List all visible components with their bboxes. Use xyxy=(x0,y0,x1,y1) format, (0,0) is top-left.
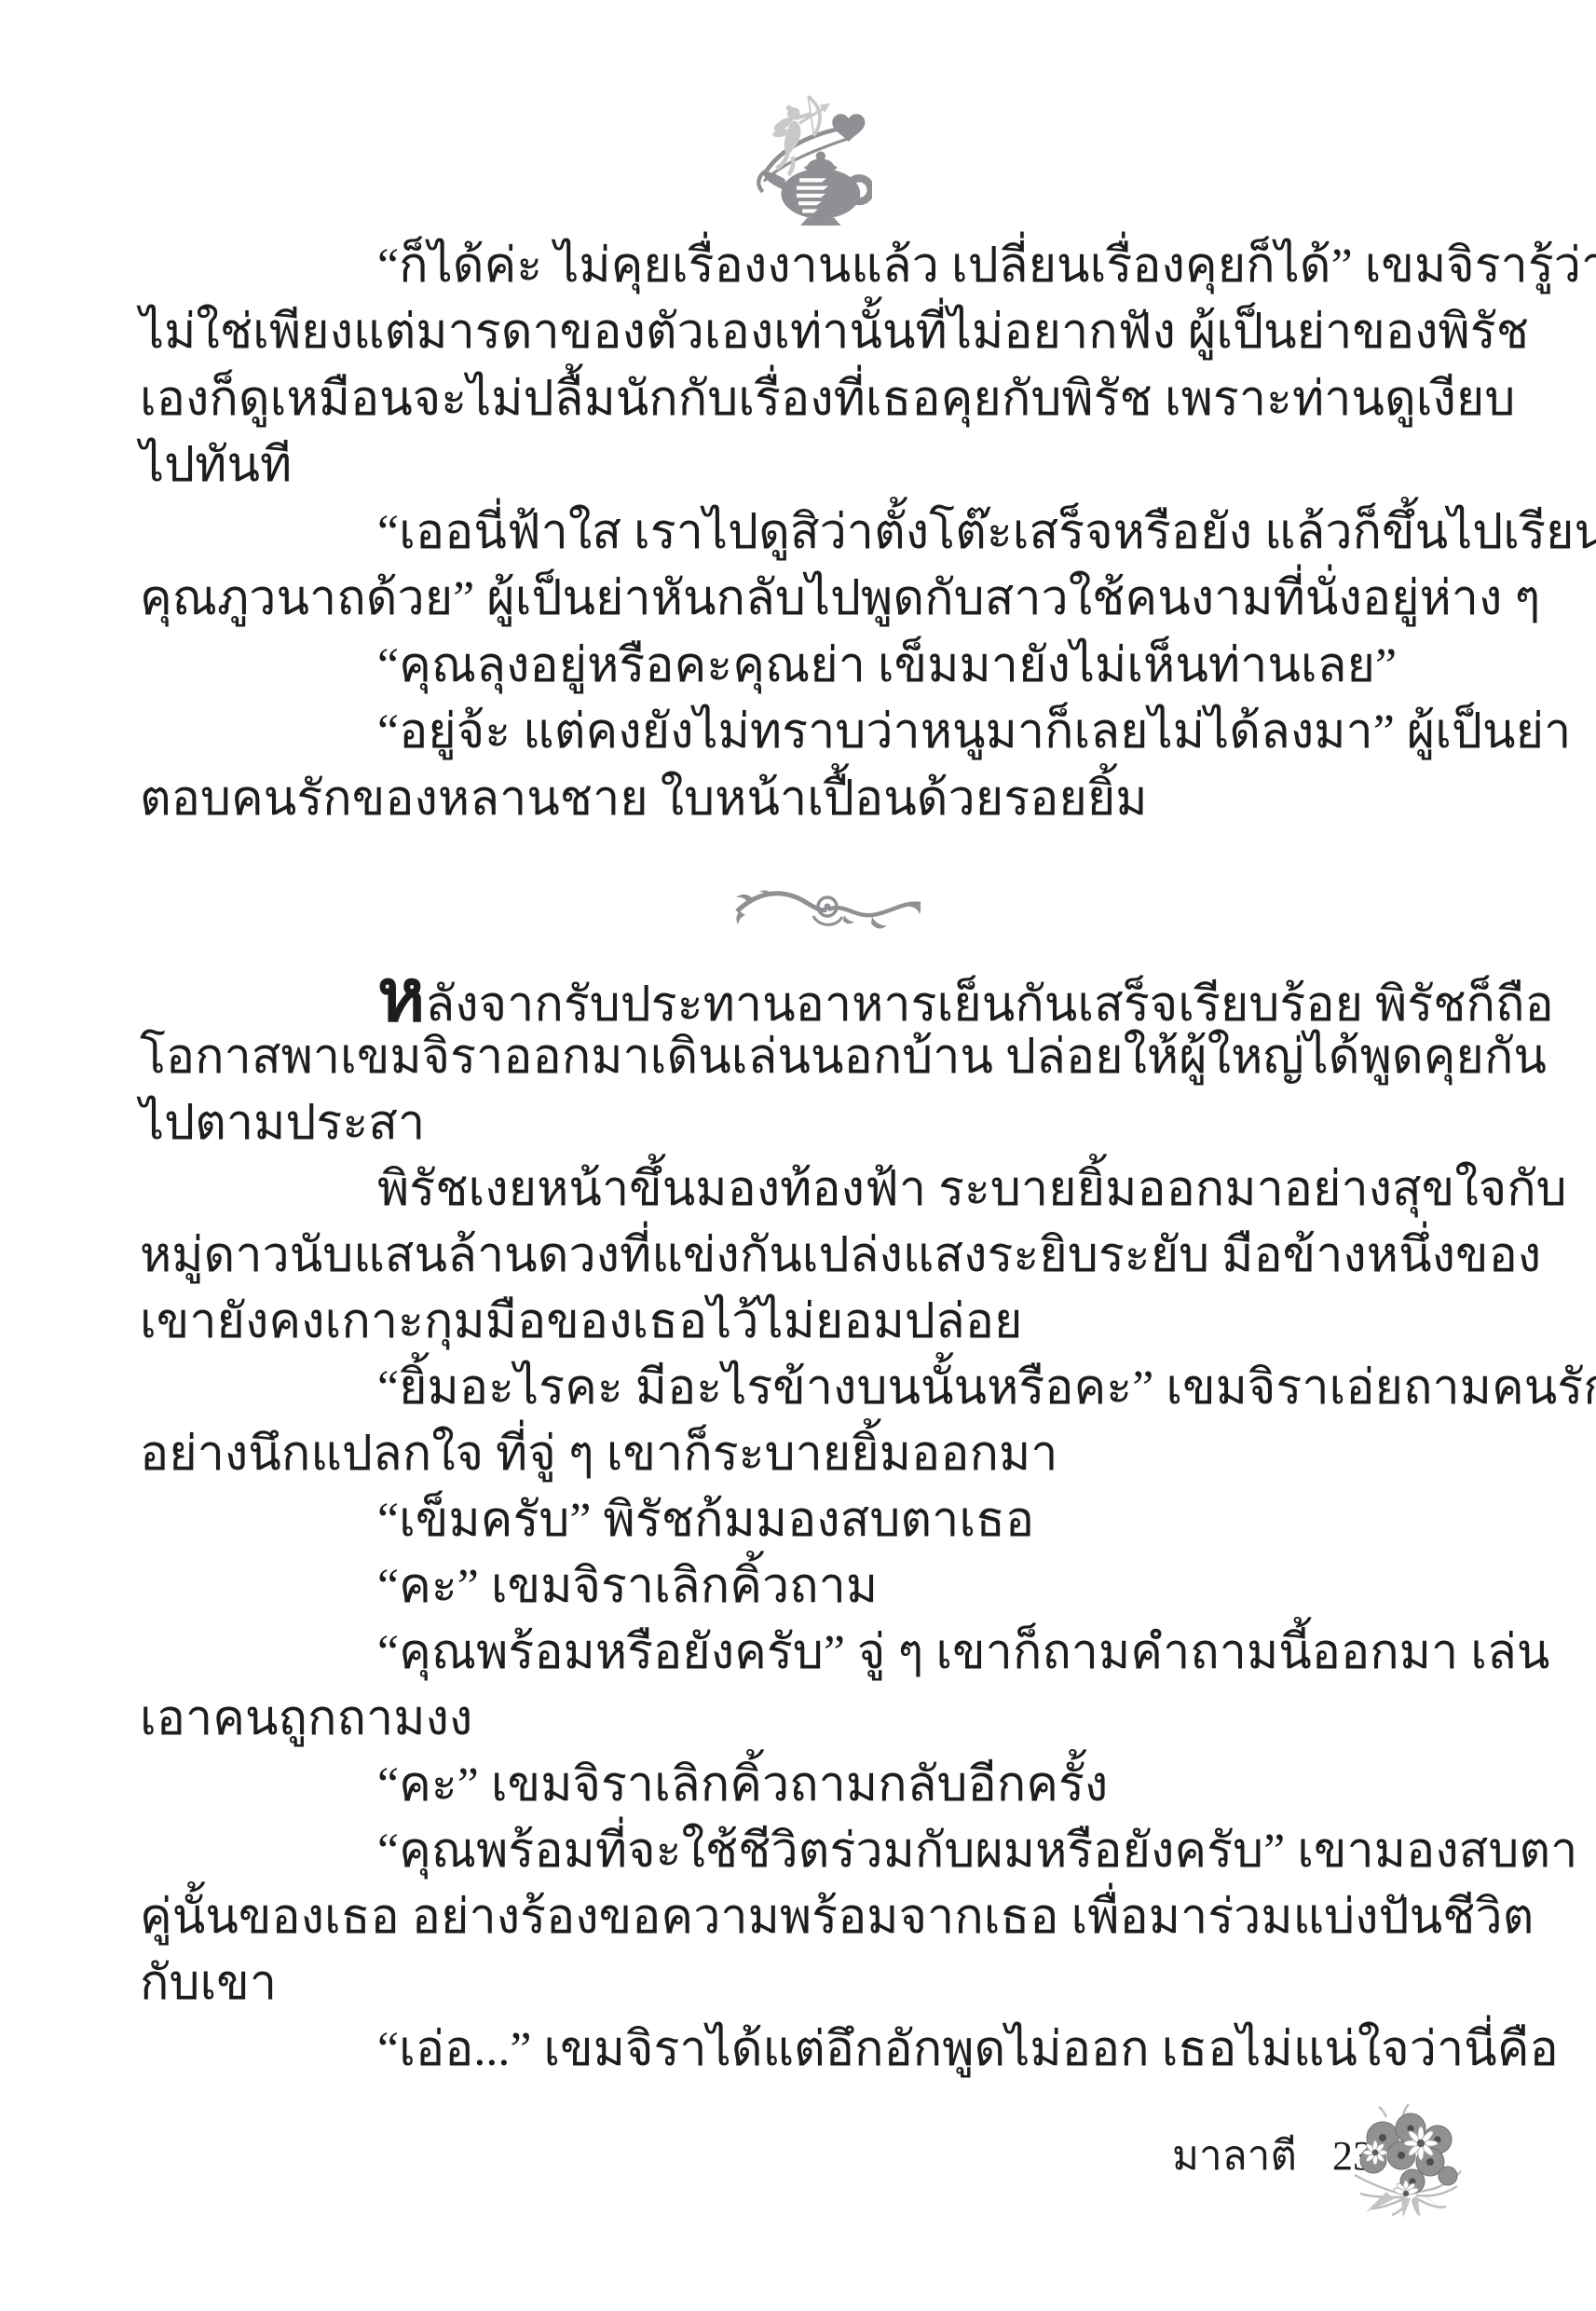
dropcap-letter: ห xyxy=(377,955,425,1036)
text-line: โอกาสพาเขมจิราออกมาเดินเล่นนอกบ้าน ปล่อย… xyxy=(140,1033,1547,1082)
text-line: ตอบคนรักของหลานชาย ใบหน้าเปื้อนด้วยรอยยิ… xyxy=(140,775,1148,824)
swirl-divider-icon xyxy=(732,878,926,932)
text-line: “เออนี่ฟ้าใส เราไปดูสิว่าตั้งโต๊ะเสร็จหร… xyxy=(140,509,1596,557)
text-line: “คะ” เขมจิราเลิกคิ้วถาม xyxy=(140,1563,878,1611)
text-line: หลังจากรับประทานอาหารเย็นกันเสร็จเรียบร้… xyxy=(140,960,1554,1032)
text-line: “คะ” เขมจิราเลิกคิ้วถามกลับอีกครั้ง xyxy=(140,1761,1108,1810)
page-footer: มาลาตี23 xyxy=(1172,2136,1373,2177)
text-line: “อยู่จ้ะ แต่คงยังไม่ทราบว่าหนูมาก็เลยไม่… xyxy=(140,708,1571,757)
text-line: “คุณพร้อมหรือยังครับ” จู่ ๆ เขาก็ถามคำถา… xyxy=(140,1629,1549,1677)
text-line: ไม่ใช่เพียงแต่มารดาของตัวเองเท่านั้นที่ไ… xyxy=(140,308,1529,357)
text-line: เขายังคงเกาะกุมมือของเธอไว้ไม่ยอมปล่อย xyxy=(140,1298,1022,1347)
text-line: หมู่ดาวนับแสนล้านดวงที่แข่งกันเปล่งแสงระ… xyxy=(140,1232,1541,1280)
text-line: อย่างนึกแปลกใจ ที่จู่ ๆ เขาก็ระบายยิ้มออ… xyxy=(140,1430,1057,1479)
text-line: “เข็มครับ” พิรัชก้มมองสบตาเธอ xyxy=(140,1497,1034,1545)
text-line: กับเขา xyxy=(140,1960,277,2008)
flower-bouquet-icon xyxy=(1347,2104,1470,2220)
text-line: คู่นั้นของเธอ อย่างร้องขอความพร้อมจากเธอ… xyxy=(140,1894,1534,1942)
text-line: “ก็ได้ค่ะ ไม่คุยเรื่องงานแล้ว เปลี่ยนเรื… xyxy=(140,242,1596,291)
book-title: มาลาตี xyxy=(1172,2133,1297,2179)
text-line: เอาคนถูกถามงง xyxy=(140,1695,472,1744)
genie-lamp-cupid-icon xyxy=(751,86,872,226)
text-line: ไปทันที xyxy=(140,442,292,490)
text-line: “คุณพร้อมที่จะใช้ชีวิตร่วมกับผมหรือยังคร… xyxy=(140,1827,1577,1876)
text-line: ไปตามประสา xyxy=(140,1100,425,1148)
text-line: “เอ่อ...” เขมจิราได้แต่อึกอักพูดไม่ออก เ… xyxy=(140,2026,1559,2074)
text-line: “ยิ้มอะไรคะ มีอะไรข้างบนนั้นหรือคะ” เขมจ… xyxy=(140,1364,1596,1413)
text-line: เองก็ดูเหมือนจะไม่ปลื้มนักกับเรื่องที่เธ… xyxy=(140,376,1515,424)
text-line: พิรัชเงยหน้าขึ้นมองท้องฟ้า ระบายยิ้มออกม… xyxy=(140,1166,1567,1214)
text-line: คุณภูวนาถด้วย” ผู้เป็นย่าหันกลับไปพูดกับ… xyxy=(140,575,1540,623)
text-line-rest: ลังจากรับประทานอาหารเย็นกันเสร็จเรียบร้อ… xyxy=(425,978,1553,1032)
book-page: “ก็ได้ค่ะ ไม่คุยเรื่องงานแล้ว เปลี่ยนเรื… xyxy=(0,0,1596,2311)
text-line: “คุณลุงอยู่หรือคะคุณย่า เข็มมายังไม่เห็น… xyxy=(140,642,1397,691)
